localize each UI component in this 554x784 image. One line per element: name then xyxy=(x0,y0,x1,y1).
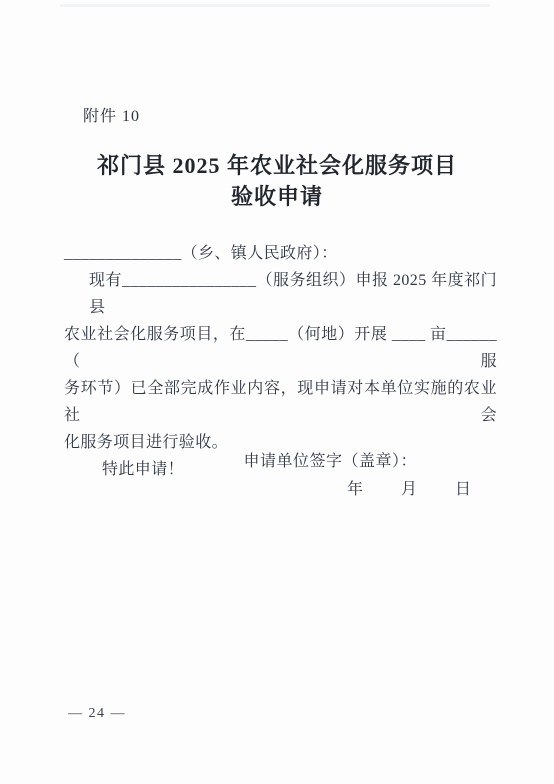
page-number: — 24 — xyxy=(68,706,126,722)
document-page: 附件 10 祁门县 2025 年农业社会化服务项目 验收申请 _________… xyxy=(0,0,554,784)
document-title-line2: 验收申请 xyxy=(40,181,514,212)
document-title-line1: 祁门县 2025 年农业社会化服务项目 xyxy=(40,150,514,181)
salutation-line: ______________（乡、镇人民政府）： xyxy=(64,240,497,267)
scan-artifact xyxy=(60,4,490,7)
document-title: 祁门县 2025 年农业社会化服务项目 验收申请 xyxy=(40,150,514,212)
document-body: ______________（乡、镇人民政府）： 现有_____________… xyxy=(64,240,497,483)
body-line: 务环节）已全部完成作业内容，现申请对本单位实施的农业社会 xyxy=(64,375,497,429)
signature-label: 申请单位签字（盖章）： xyxy=(0,448,554,476)
attachment-label: 附件 10 xyxy=(83,103,140,126)
signature-block: 申请单位签字（盖章）： 年 月 日 xyxy=(0,448,554,504)
body-line: 现有________________（服务组织）申报 2025 年度祁门县 xyxy=(64,267,497,321)
date-line: 年 月 日 xyxy=(0,476,554,504)
body-line: 农业社会化服务项目，在_____（何地）开展 ____ 亩______（服 xyxy=(64,321,497,375)
